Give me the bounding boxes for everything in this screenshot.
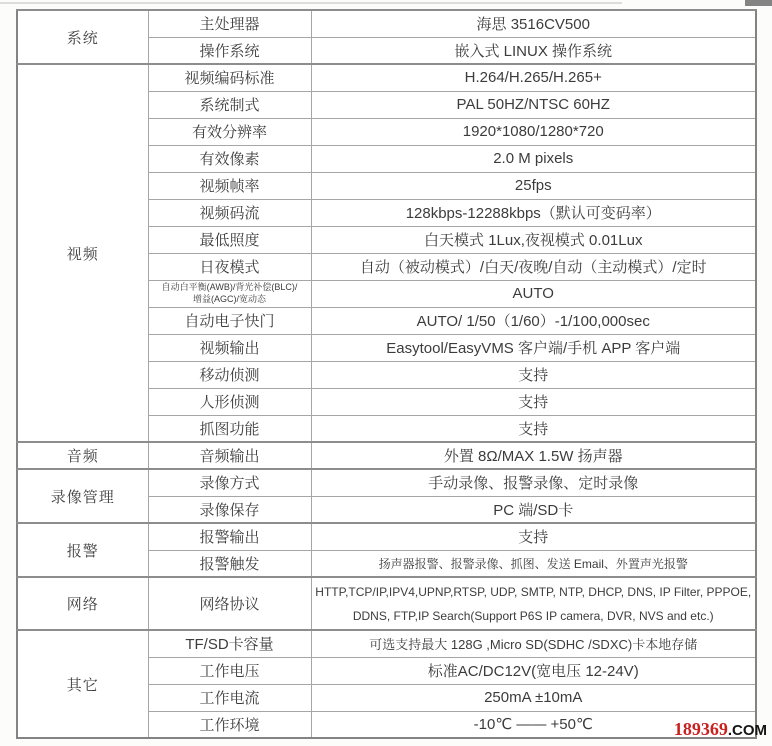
spec-value-cell: 标准AC/DC12V(宽电压 12-24V)	[311, 657, 756, 684]
spec-name-cell: 网络协议	[148, 577, 311, 630]
table-row: 网络网络协议HTTP,TCP/IP,IPV4,UPNP,RTSP, UDP, S…	[17, 577, 756, 630]
spec-name-cell: 自动电子快门	[148, 307, 311, 334]
spec-sheet: 系统主处理器海思 3516CV500操作系统嵌入式 LINUX 操作系统视频视频…	[0, 0, 772, 746]
spec-value-cell: HTTP,TCP/IP,IPV4,UPNP,RTSP, UDP, SMTP, N…	[311, 577, 756, 630]
spec-name-cell: 人形侦测	[148, 388, 311, 415]
spec-value-cell: PAL 50HZ/NTSC 60HZ	[311, 91, 756, 118]
spec-value-cell: 扬声器报警、报警录像、抓图、发送 Email、外置声光报警	[311, 550, 756, 577]
spec-name-cell: 视频帧率	[148, 172, 311, 199]
category-cell: 音频	[17, 442, 148, 469]
spec-name-cell: 报警触发	[148, 550, 311, 577]
spec-value-cell: 支持	[311, 415, 756, 442]
spec-table-body: 系统主处理器海思 3516CV500操作系统嵌入式 LINUX 操作系统视频视频…	[17, 10, 756, 738]
watermark-number: 189369	[674, 719, 728, 739]
spec-name-cell: 主处理器	[148, 10, 311, 37]
spec-value-cell: 白天模式 1Lux,夜视模式 0.01Lux	[311, 226, 756, 253]
spec-value-cell: AUTO/ 1/50（1/60）-1/100,000sec	[311, 307, 756, 334]
spec-value-cell: 可选支持最大 128G ,Micro SD(SDHC /SDXC)卡本地存储	[311, 630, 756, 657]
spec-name-cell: 视频编码标准	[148, 64, 311, 91]
spec-value-cell: PC 端/SD卡	[311, 496, 756, 523]
spec-name-cell: 自动白平衡(AWB)/背光补偿(BLC)/增益(AGC)/宽动态	[148, 280, 311, 307]
spec-value-cell: 支持	[311, 388, 756, 415]
spec-name-cell: 工作环境	[148, 711, 311, 738]
spec-value-cell: 自动（被动模式）/白天/夜晚/自动（主动模式）/定时	[311, 253, 756, 280]
spec-value-cell: Easytool/EasyVMS 客户端/手机 APP 客户端	[311, 334, 756, 361]
spec-name-cell: 录像方式	[148, 469, 311, 496]
spec-name-cell: 音频输出	[148, 442, 311, 469]
spec-name-cell: 操作系统	[148, 37, 311, 64]
spec-value-cell: 支持	[311, 361, 756, 388]
spec-value-cell: AUTO	[311, 280, 756, 307]
spec-name-cell: 移动侦测	[148, 361, 311, 388]
spec-value-cell: 2.0 M pixels	[311, 145, 756, 172]
top-corner-mark	[745, 0, 772, 6]
category-cell: 网络	[17, 577, 148, 630]
table-row: 音频音频输出外置 8Ω/MAX 1.5W 扬声器	[17, 442, 756, 469]
spec-value-cell: 支持	[311, 523, 756, 550]
spec-value-cell: 128kbps-12288kbps（默认可变码率）	[311, 199, 756, 226]
watermark-suffix: .COM	[728, 722, 767, 739]
spec-value-cell: 25fps	[311, 172, 756, 199]
spec-name-cell: 报警输出	[148, 523, 311, 550]
spec-name-cell: TF/SD卡容量	[148, 630, 311, 657]
spec-name-cell: 工作电压	[148, 657, 311, 684]
watermark: 189369.COM	[674, 720, 767, 738]
spec-name-cell: 有效像素	[148, 145, 311, 172]
spec-value-cell: 海思 3516CV500	[311, 10, 756, 37]
category-cell: 系统	[17, 10, 148, 64]
category-cell: 视频	[17, 64, 148, 442]
table-row: 录像管理录像方式手动录像、报警录像、定时录像	[17, 469, 756, 496]
category-cell: 其它	[17, 630, 148, 738]
spec-name-cell: 视频输出	[148, 334, 311, 361]
table-row: 其它TF/SD卡容量可选支持最大 128G ,Micro SD(SDHC /SD…	[17, 630, 756, 657]
spec-name-cell: 系统制式	[148, 91, 311, 118]
camera-spec-table: 系统主处理器海思 3516CV500操作系统嵌入式 LINUX 操作系统视频视频…	[16, 9, 757, 739]
spec-value-cell: 手动录像、报警录像、定时录像	[311, 469, 756, 496]
table-row: 报警报警输出支持	[17, 523, 756, 550]
spec-value-cell: 250mA ±10mA	[311, 684, 756, 711]
spec-name-cell: 视频码流	[148, 199, 311, 226]
spec-value-cell: 外置 8Ω/MAX 1.5W 扬声器	[311, 442, 756, 469]
table-row: 系统主处理器海思 3516CV500	[17, 10, 756, 37]
spec-value-cell: 1920*1080/1280*720	[311, 118, 756, 145]
category-cell: 录像管理	[17, 469, 148, 523]
spec-name-cell: 工作电流	[148, 684, 311, 711]
spec-name-cell: 抓图功能	[148, 415, 311, 442]
spec-name-cell: 有效分辨率	[148, 118, 311, 145]
table-row: 视频视频编码标准H.264/H.265/H.265+	[17, 64, 756, 91]
spec-value-cell: H.264/H.265/H.265+	[311, 64, 756, 91]
spec-name-cell: 日夜模式	[148, 253, 311, 280]
spec-name-cell: 最低照度	[148, 226, 311, 253]
spec-name-cell: 录像保存	[148, 496, 311, 523]
category-cell: 报警	[17, 523, 148, 577]
spec-value-cell: 嵌入式 LINUX 操作系统	[311, 37, 756, 64]
top-edge-streak	[0, 2, 622, 4]
